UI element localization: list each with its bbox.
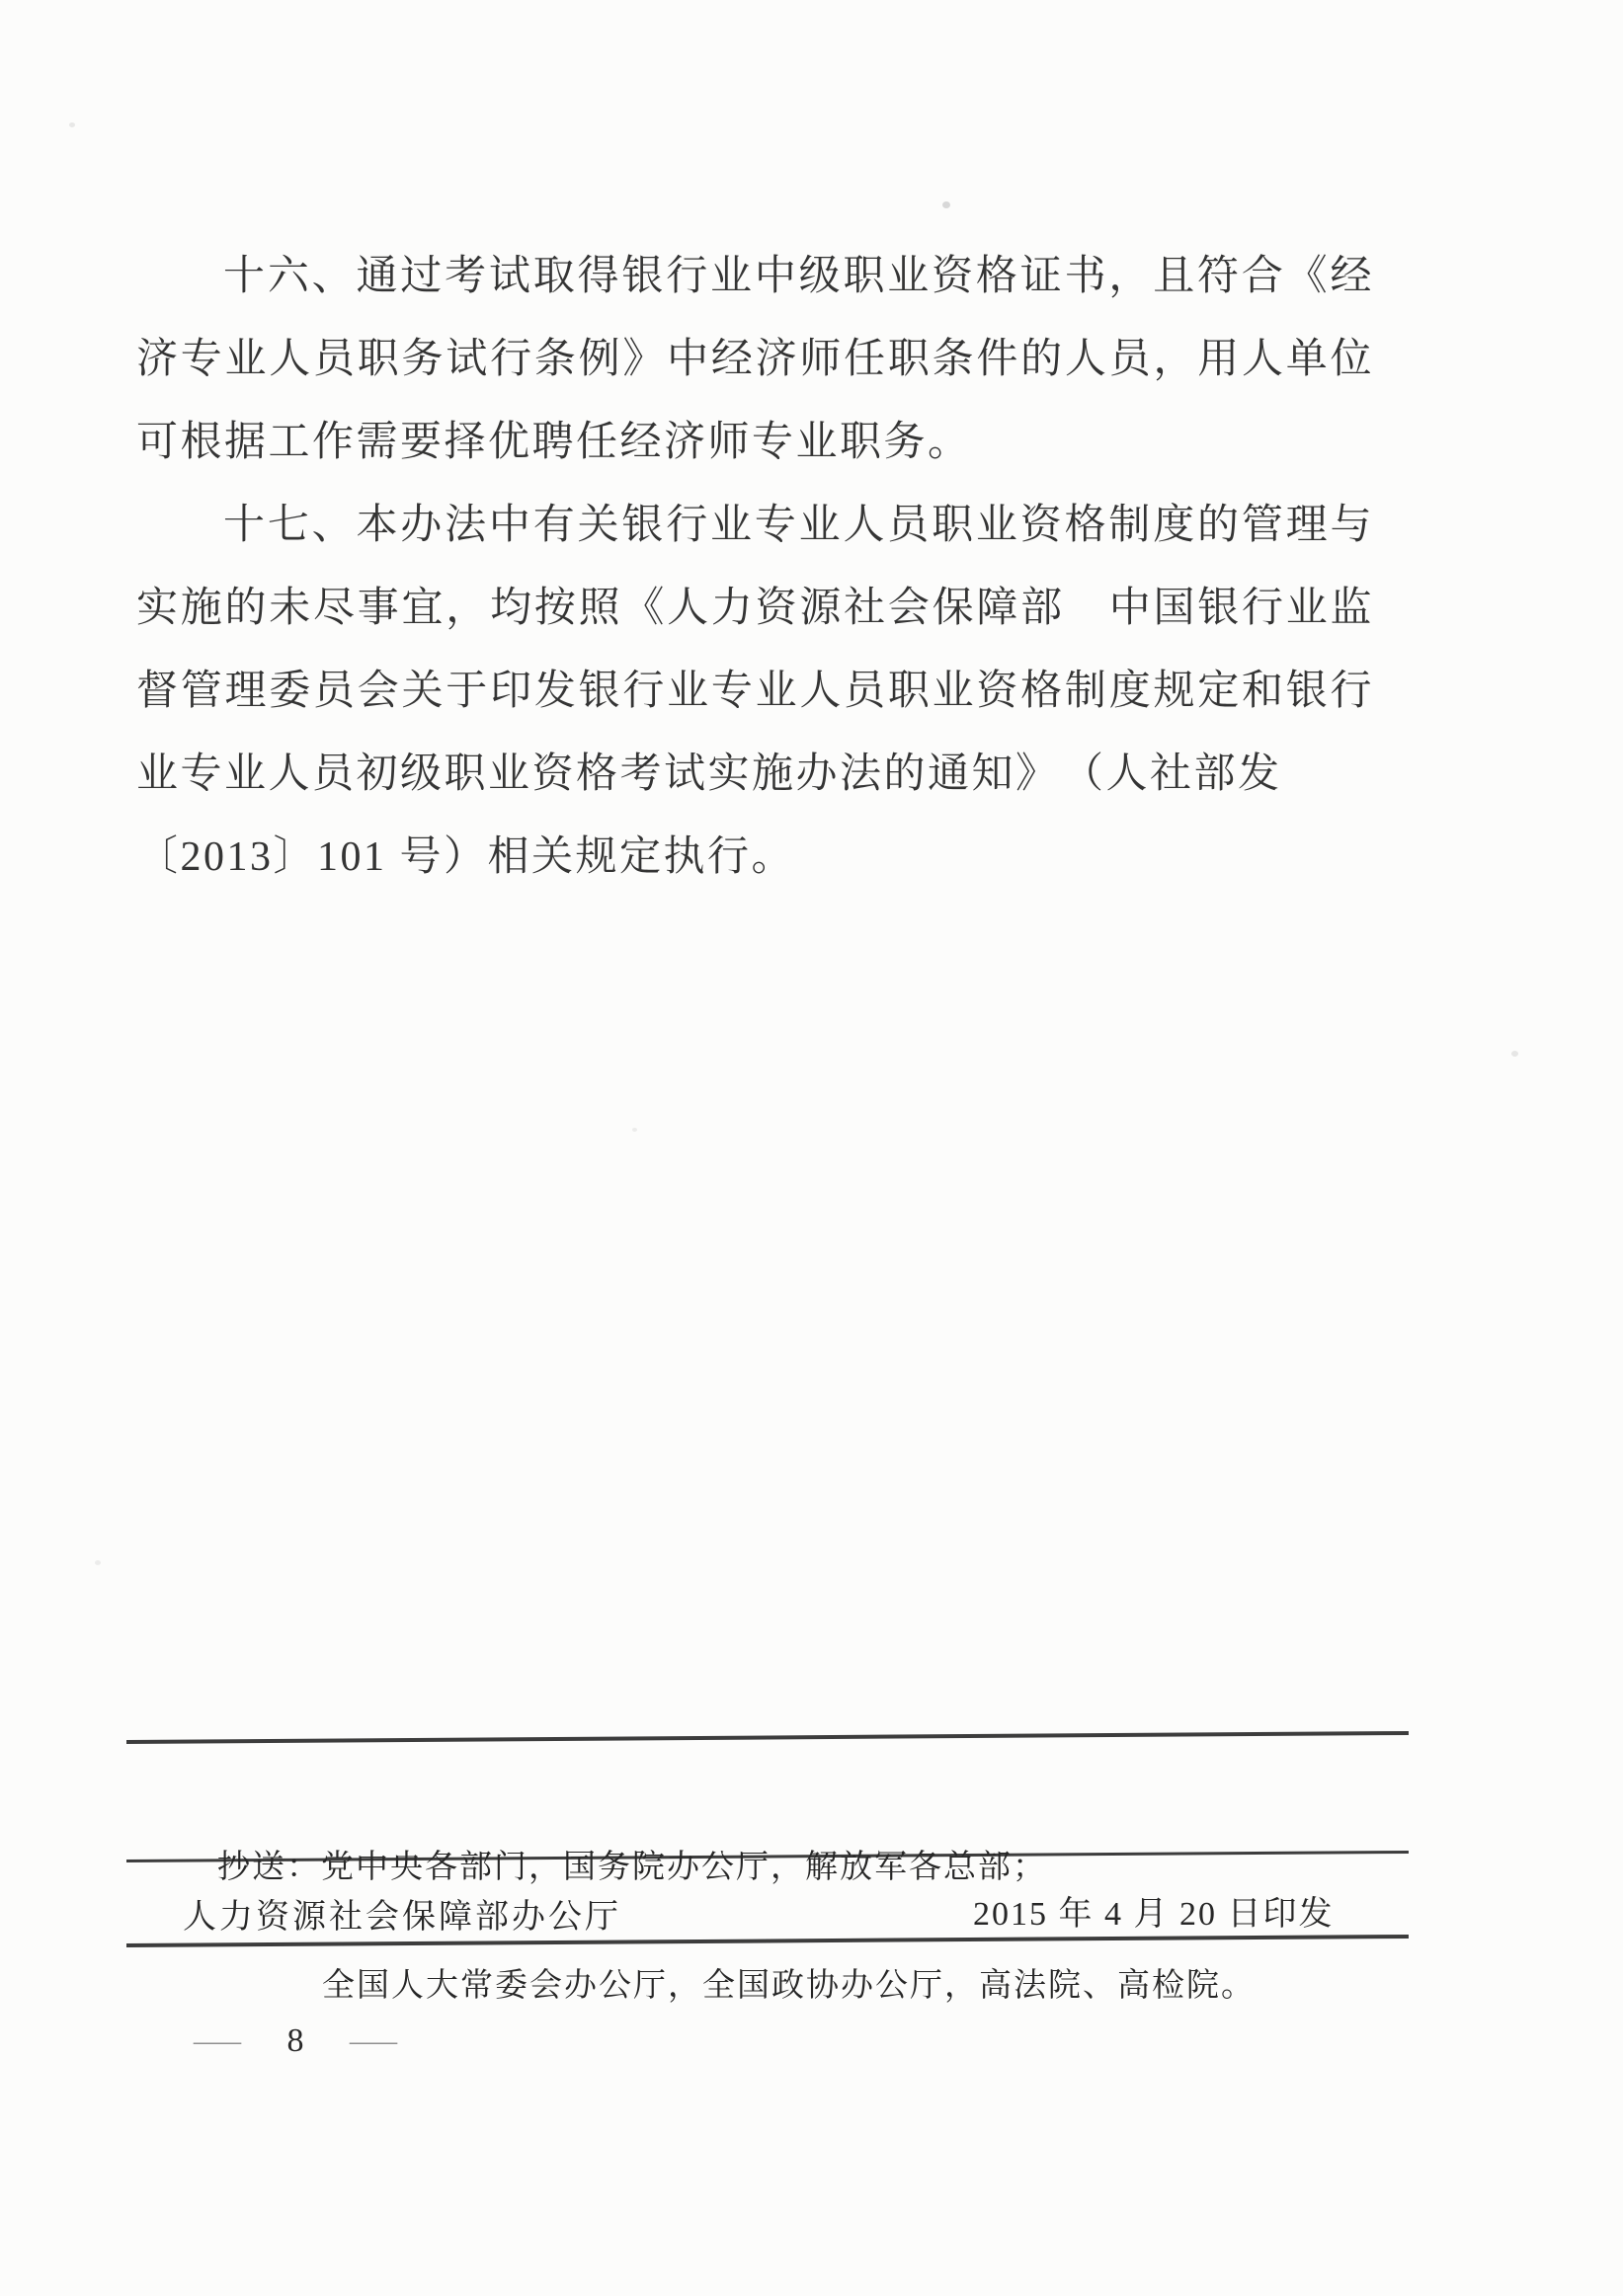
document-page: 十六、通过考试取得银行业中级职业资格证书，且符合《经 济专业人员职务试行条例》中… [0, 0, 1623, 2296]
page-number-dash-left: — [194, 2024, 241, 2058]
scan-speck [95, 1560, 101, 1565]
print-date: 2015 年 4 月 20 日印发 [973, 1886, 1335, 1935]
scan-speck [69, 122, 75, 127]
scan-speck [942, 201, 950, 208]
body-line: 业专业人员初级职业资格考试实施办法的通知》 （人社部发 [136, 733, 1374, 816]
body-line: 十六、通过考试取得银行业中级职业资格证书，且符合《经 [136, 235, 1374, 318]
footer-rule-top [126, 1731, 1409, 1744]
body-line: 十七、本办法中有关银行业专业人员职业资格制度的管理与 [136, 484, 1374, 567]
scan-speck [632, 1128, 637, 1132]
body-line: 督管理委员会关于印发银行业专业人员职业资格制度规定和银行 [136, 650, 1374, 733]
page-number: — 8 — [203, 2022, 388, 2060]
page-number-dash-right: — [350, 2024, 397, 2058]
cc-distribution-line1: 抄送：党中央各部门，国务院办公厅，解放军各总部； [217, 1848, 1256, 1887]
cc-distribution-line2: 全国人大常委会办公厅，全国政协办公厅，高法院、高检院。 [217, 1966, 1256, 2006]
issuing-office: 人力资源社会保障部办公厅 [183, 1889, 621, 1938]
body-line: 〔2013〕101 号）相关规定执行。 [136, 816, 1374, 899]
body-line: 可根据工作需要择优聘任经济师专业职务。 [136, 401, 1374, 484]
page-number-value: 8 [287, 2022, 304, 2060]
document-body: 十六、通过考试取得银行业中级职业资格证书，且符合《经 济专业人员职务试行条例》中… [136, 235, 1374, 899]
scan-speck [1511, 1051, 1518, 1057]
body-line: 济专业人员职务试行条例》中经济师任职条件的人员，用人单位 [136, 318, 1374, 401]
body-line: 实施的未尽事宜，均按照《人力资源社会保障部 中国银行业监 [136, 567, 1374, 650]
